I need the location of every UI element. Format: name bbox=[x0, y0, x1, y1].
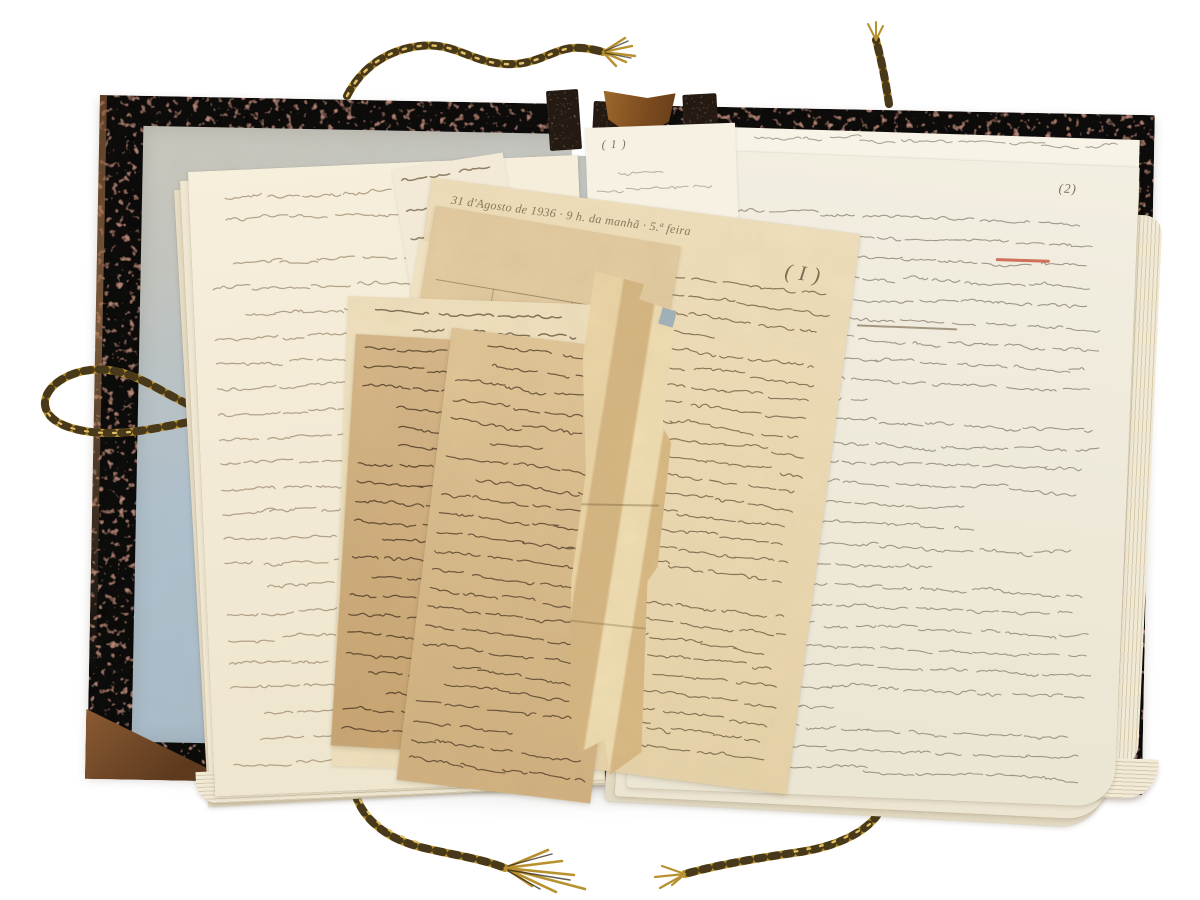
red-underline-annotation bbox=[996, 258, 1050, 263]
right-page-number: (2) bbox=[1058, 180, 1077, 197]
spine-leather-fragment bbox=[546, 89, 582, 151]
loose-sheet-marker: ( 1 ) bbox=[601, 137, 627, 153]
ink-underline bbox=[857, 324, 957, 330]
photo-scene: (2) ( II ) ( 1 ) 31 d'Agosto de 1936 · 9… bbox=[0, 0, 1200, 900]
overlay-page-marker: ( I ) bbox=[783, 259, 822, 289]
